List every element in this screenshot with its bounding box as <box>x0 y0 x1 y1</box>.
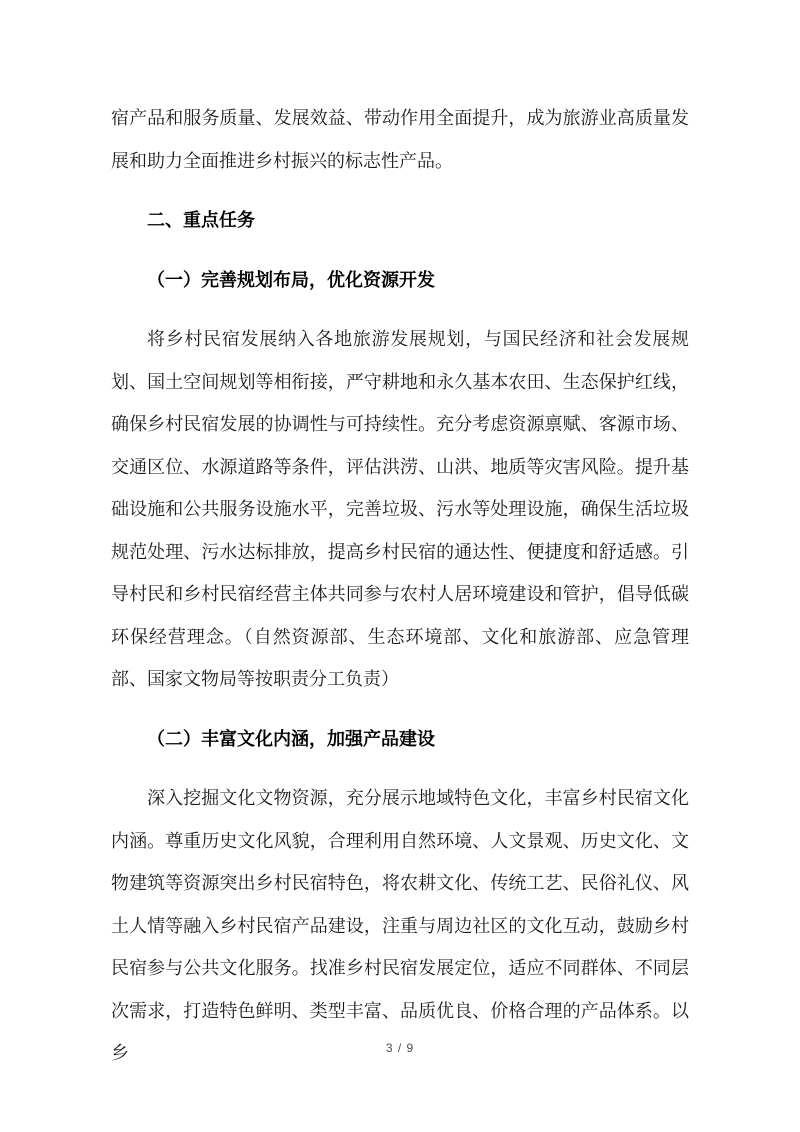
page-number: 3 / 9 <box>0 1040 800 1056</box>
subsection-paragraph-2: 深入挖掘文化文物资源，充分展示地域特色文化，丰富乡村民宿文化内涵。尊重历史文化风… <box>111 777 689 1075</box>
subsection-paragraph-1: 将乡村民宿发展纳入各地旅游发展规划，与国民经济和社会发展规划、国土空间规划等相衔… <box>111 318 689 701</box>
subsection-heading-2: （二）丰富文化内涵，加强产品建设 <box>111 718 689 761</box>
section-heading: 二、重点任务 <box>111 199 689 242</box>
paragraph-continuation: 宿产品和服务质量、发展效益、带动作用全面提升，成为旅游业高质量发展和助力全面推进… <box>111 97 689 182</box>
document-content: 宿产品和服务质量、发展效益、带动作用全面提升，成为旅游业高质量发展和助力全面推进… <box>111 97 689 1075</box>
document-page: 宿产品和服务质量、发展效益、带动作用全面提升，成为旅游业高质量发展和助力全面推进… <box>0 0 800 1132</box>
subsection-heading-1: （一）完善规划布局，优化资源开发 <box>111 259 689 302</box>
